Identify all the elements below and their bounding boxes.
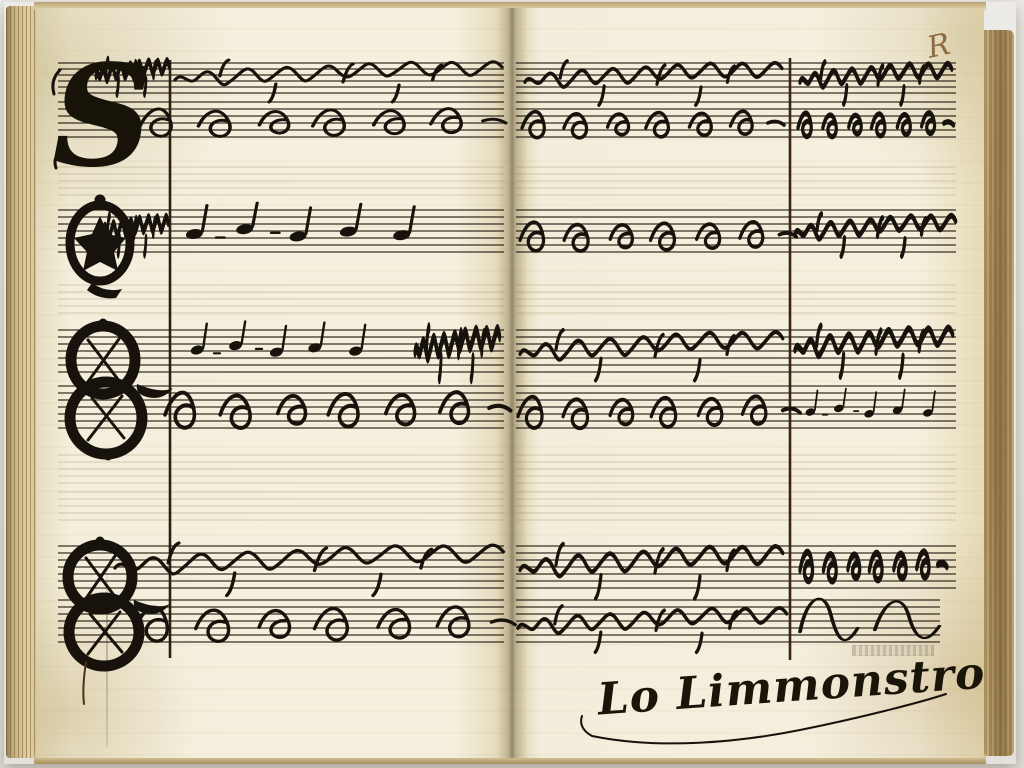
manuscript-photo: S <box>0 0 1024 768</box>
notation-squiggle <box>518 396 800 428</box>
notation-notes <box>189 321 365 358</box>
notation-squiggle <box>520 544 783 599</box>
printed-stamp <box>852 645 934 656</box>
notation-squiggle <box>135 607 515 641</box>
empty-staff-4 <box>58 492 956 520</box>
notation-squiggle <box>795 214 956 256</box>
empty-staff-1 <box>58 167 956 195</box>
notation-squiggle <box>415 328 500 378</box>
svg-text:S: S <box>52 35 153 199</box>
notation-squiggle <box>518 606 787 652</box>
notation-squiggle <box>520 222 796 251</box>
empty-staff-2 <box>58 285 956 313</box>
notation-flourish <box>800 599 939 640</box>
notation-squiggle <box>525 61 782 105</box>
barlines <box>170 58 790 660</box>
notation-squiggle <box>800 62 952 104</box>
notation-squiggle <box>165 392 511 428</box>
empty-staff-3 <box>58 455 956 483</box>
handwritten-notation <box>96 60 956 652</box>
notation-squiggle <box>522 111 784 137</box>
ornate-initial-s-icon: S <box>52 35 153 199</box>
notation-notes <box>184 203 414 243</box>
staff-3b-right <box>516 386 956 428</box>
figure-eight-initial-icon <box>70 319 173 461</box>
